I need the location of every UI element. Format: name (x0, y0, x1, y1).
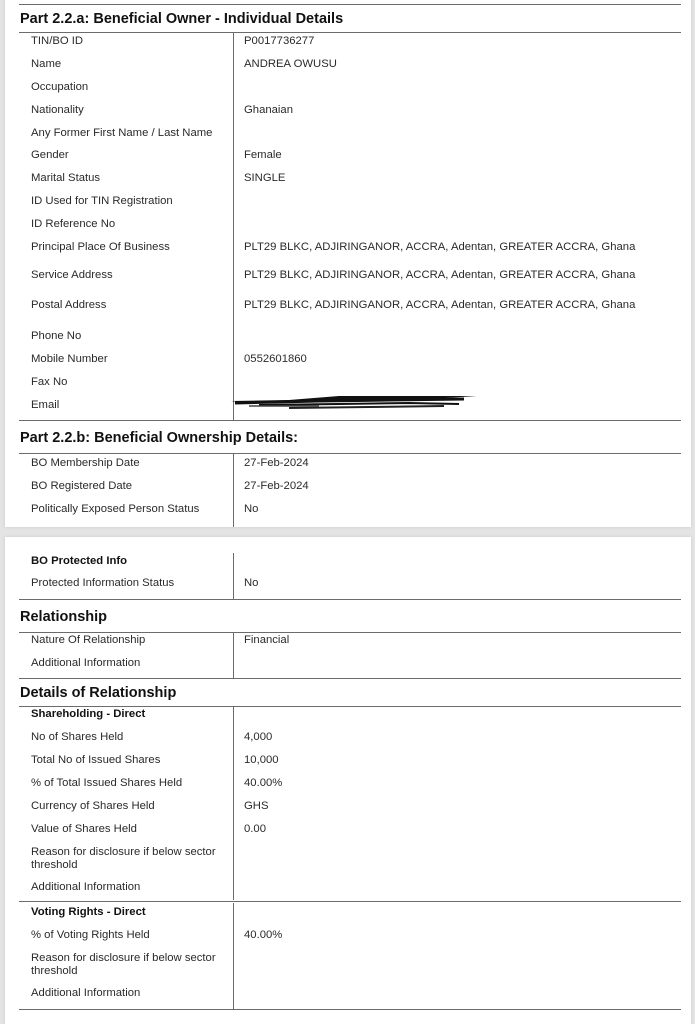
field-label-postal-address: Postal Address (31, 299, 227, 312)
column-divider (233, 903, 234, 1009)
divider (19, 32, 681, 33)
field-value-currency: GHS (244, 800, 268, 813)
field-label-nationality: Nationality (31, 104, 227, 117)
field-label-id-reference: ID Reference No (31, 218, 227, 231)
field-label-membership-date: BO Membership Date (31, 457, 227, 470)
section-title-individual-details: Part 2.2.a: Beneficial Owner - Individua… (20, 11, 343, 27)
divider (19, 420, 681, 421)
field-label-nature-of-relationship: Nature Of Relationship (31, 634, 227, 647)
field-label-mobile: Mobile Number (31, 353, 227, 366)
field-label-gender: Gender (31, 149, 227, 162)
document-page-2: BO Protected Info Protected Information … (5, 537, 691, 1024)
field-value-total-issued-shares: 10,000 (244, 754, 279, 767)
document-page-1: Part 2.2.a: Beneficial Owner - Individua… (5, 0, 691, 527)
field-label-shares-held: No of Shares Held (31, 731, 227, 744)
field-label-name: Name (31, 58, 227, 71)
field-label-id-used: ID Used for TIN Registration (31, 195, 227, 208)
field-value-membership-date: 27-Feb-2024 (244, 457, 309, 470)
column-divider (233, 32, 234, 421)
divider (19, 1009, 681, 1010)
field-value-shares-held: 4,000 (244, 731, 272, 744)
field-value-protected-status: No (244, 577, 258, 590)
divider (19, 901, 681, 902)
field-label-shareholding-reason: Reason for disclosure if below sector th… (31, 846, 227, 872)
field-value-registered-date: 27-Feb-2024 (244, 480, 309, 493)
column-divider (233, 632, 234, 678)
field-value-marital-status: SINGLE (244, 172, 285, 185)
field-value-value-of-shares: 0.00 (244, 823, 266, 836)
field-label-occupation: Occupation (31, 81, 227, 94)
field-label-marital-status: Marital Status (31, 172, 227, 185)
field-label-value-of-shares: Value of Shares Held (31, 823, 227, 836)
field-label-fax: Fax No (31, 376, 227, 389)
column-divider (233, 453, 234, 527)
section-title-details-of-relationship: Details of Relationship (20, 685, 176, 701)
subsection-title-protected-info: BO Protected Info (31, 555, 227, 568)
field-value-tin-bo-id: P0017736277 (244, 35, 314, 48)
divider (19, 678, 681, 679)
field-value-name: ANDREA OWUSU (244, 58, 337, 71)
subsection-title-shareholding: Shareholding - Direct (31, 708, 227, 721)
divider (19, 706, 681, 707)
divider (19, 632, 681, 633)
field-label-protected-status: Protected Information Status (31, 577, 227, 590)
field-label-pep-status: Politically Exposed Person Status (31, 503, 227, 516)
field-label-total-issued-shares: Total No of Issued Shares (31, 754, 227, 767)
field-value-pep-status: No (244, 503, 258, 516)
field-label-currency: Currency of Shares Held (31, 800, 227, 813)
field-value-nature-of-relationship: Financial (244, 634, 289, 647)
field-value-voting-rights-held: 40.00% (244, 929, 282, 942)
field-value-mobile: 0552601860 (244, 353, 307, 366)
field-label-principal-place: Principal Place Of Business (31, 241, 227, 254)
field-label-relationship-additional-info: Additional Information (31, 657, 227, 670)
section-title-ownership-details: Part 2.2.b: Beneficial Ownership Details… (20, 430, 298, 446)
field-label-service-address: Service Address (31, 269, 227, 282)
field-value-principal-place: PLT29 BLKC, ADJIRINGANOR, ACCRA, Adentan… (244, 241, 635, 254)
field-label-tin-bo-id: TIN/BO ID (31, 35, 227, 48)
field-label-percent-shares-held: % of Total Issued Shares Held (31, 777, 227, 790)
field-value-postal-address: PLT29 BLKC, ADJIRINGANOR, ACCRA, Adentan… (244, 299, 635, 312)
divider (19, 599, 681, 600)
column-divider (233, 706, 234, 900)
section-title-relationship: Relationship (20, 609, 107, 625)
field-label-former-name: Any Former First Name / Last Name (31, 127, 227, 140)
subsection-title-voting-rights: Voting Rights - Direct (31, 906, 227, 919)
column-divider (233, 553, 234, 600)
field-label-voting-reason: Reason for disclosure if below sector th… (31, 952, 227, 978)
divider (19, 453, 681, 454)
field-label-voting-rights-held: % of Voting Rights Held (31, 929, 227, 942)
email-redaction-scribble (229, 391, 479, 411)
field-label-voting-additional-info: Additional Information (31, 987, 227, 1000)
field-label-shareholding-additional-info: Additional Information (31, 881, 227, 894)
divider (19, 4, 681, 5)
field-value-gender: Female (244, 149, 282, 162)
field-label-email: Email (31, 399, 227, 412)
field-value-nationality: Ghanaian (244, 104, 293, 117)
field-label-phone: Phone No (31, 330, 227, 343)
field-value-service-address: PLT29 BLKC, ADJIRINGANOR, ACCRA, Adentan… (244, 269, 635, 282)
field-label-registered-date: BO Registered Date (31, 480, 227, 493)
field-value-percent-shares-held: 40.00% (244, 777, 282, 790)
